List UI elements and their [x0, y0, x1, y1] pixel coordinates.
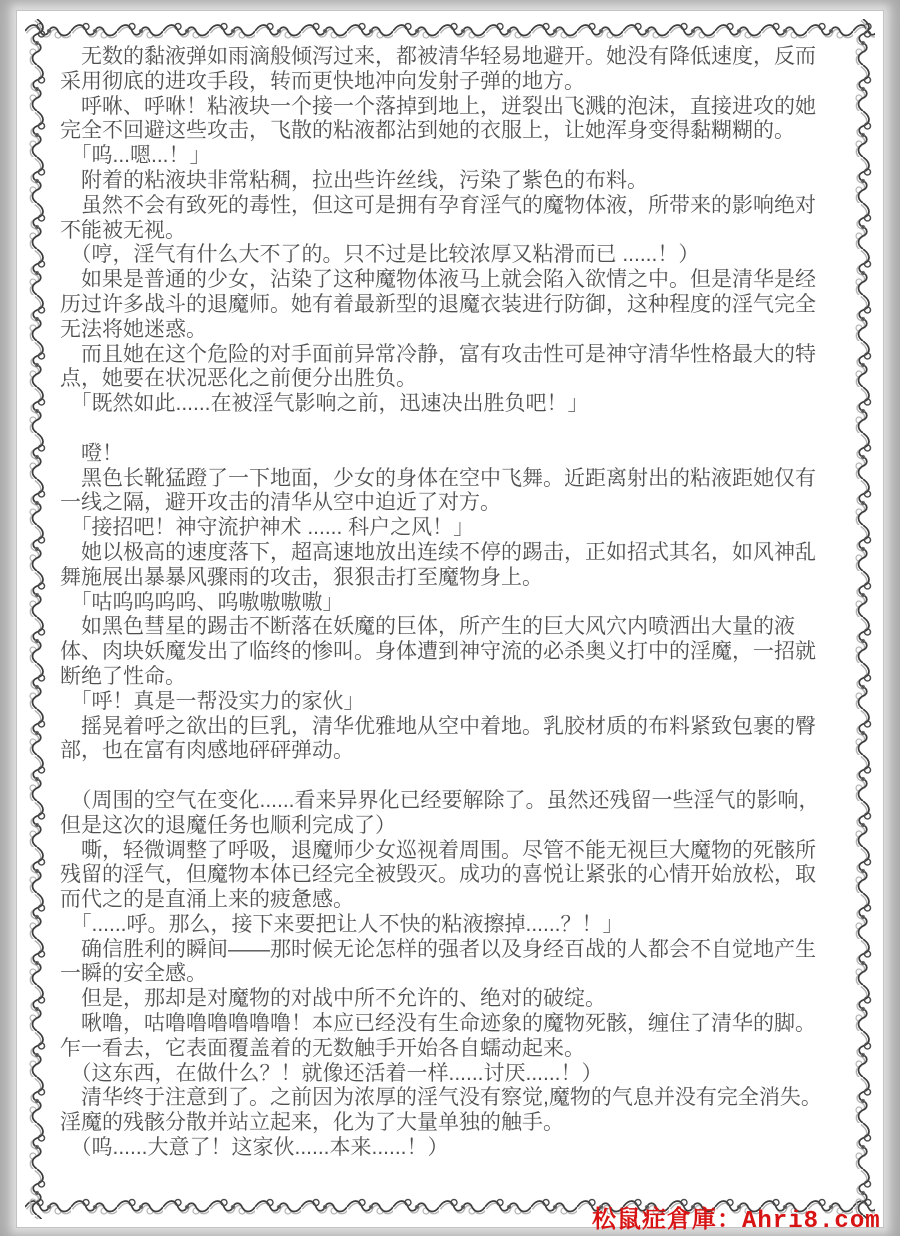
text-line: 附着的粘液块非常粘稠，拉出些许丝线，污染了紫色的布料。 — [60, 169, 852, 194]
story-text: 无数的黏液弹如雨滴般倾泻过来，都被清华轻易地避开。她没有降低速度，反而 采用彻底… — [60, 45, 852, 1161]
text-line: 清华终于注意到了。之前因为浓厚的淫气没有察觉,魔物的气息并没有完全消失。 — [60, 1086, 852, 1111]
text-line: 乍一看去，它表面覆盖着的无数触手开始各自蠕动起来。 — [60, 1037, 852, 1062]
text-line: 不能被无视。 — [60, 219, 852, 244]
text-line: 「既然如此......在被淫气影响之前，迅速决出胜负吧！」 — [60, 392, 852, 417]
text-line: 「接招吧！神守流护神术 ...... 科户之风！」 — [60, 516, 852, 541]
text-line: 呼咻、呼咻！粘液块一个接一个落掉到地上，迸裂出飞溅的泡沫，直接进攻的她 — [60, 95, 852, 120]
text-line: 一线之隔，避开攻击的清华从空中迫近了对方。 — [60, 491, 852, 516]
text-line: 残留的淫气，但魔物本体已经完全被毁灭。成功的喜悦让紧张的心情开始放松，取 — [60, 863, 852, 888]
text-line: （呜......大意了！这家伙......本来......！） — [60, 1136, 852, 1161]
filigree-border-top — [25, 20, 875, 42]
filigree-border-left — [26, 19, 48, 1219]
text-line: （周围的空气在变化......看来异界化已经要解除了。虽然还残留一些淫气的影响， — [60, 789, 852, 814]
text-line: （哼，淫气有什么大不了的。只不过是比较浓厚又粘滑而已 ......！） — [60, 243, 852, 268]
text-line — [60, 764, 852, 789]
text-line: 采用彻底的进攻手段，转而更快地冲向发射子弹的地方。 — [60, 70, 852, 95]
text-line: 「咕呜呜呜呜、呜嗷嗷嗷嗷」 — [60, 591, 852, 616]
text-line: 而且她在这个危险的对手面前异常冷静，富有攻击性可是神守清华性格最大的特 — [60, 343, 852, 368]
text-line: 舞施展出暴暴风骤雨的攻击，狠狠击打至魔物身上。 — [60, 566, 852, 591]
text-line: 断绝了性命。 — [60, 665, 852, 690]
text-line: 无数的黏液弹如雨滴般倾泻过来，都被清华轻易地避开。她没有降低速度，反而 — [60, 45, 852, 70]
text-line — [60, 417, 852, 442]
text-line: 噔！ — [60, 442, 852, 467]
text-line: 黑色长靴猛蹬了一下地面，少女的身体在空中飞舞。近距离射出的粘液距她仅有 — [60, 467, 852, 492]
text-line: 体、肉块妖魔发出了临终的惨叫。身体遭到神守流的必杀奥义打中的淫魔，一招就 — [60, 640, 852, 665]
filigree-border-right — [852, 19, 874, 1219]
text-line: 但是，那却是对魔物的对战中所不允许的、绝对的破绽。 — [60, 987, 852, 1012]
text-line: 一瞬的安全感。 — [60, 962, 852, 987]
text-line: 历过许多战斗的退魔师。她有着最新型的退魔衣装进行防御，这种程度的淫气完全 — [60, 293, 852, 318]
text-line: 「呜...嗯...！」 — [60, 144, 852, 169]
text-line: 而代之的是直涌上来的疲惫感。 — [60, 888, 852, 913]
text-line: 「......呼。那么，接下来要把让人不快的粘液擦掉......？！」 — [60, 913, 852, 938]
text-line: （这东西，在做什么？！就像还活着一样......讨厌......！） — [60, 1062, 852, 1087]
text-line: 淫魔的残骸分散并站立起来，化为了大量单独的触手。 — [60, 1111, 852, 1136]
text-line: 如果是普通的少女，沾染了这种魔物体液马上就会陷入欲情之中。但是清华是经 — [60, 268, 852, 293]
text-line: 但是这次的退魔任务也顺利完成了） — [60, 814, 852, 839]
text-line: 啾噜，咕噜噜噜噜噜噜！本应已经没有生命迹象的魔物死骸，缠住了清华的脚。 — [60, 1012, 852, 1037]
text-line: 无法将她迷惑。 — [60, 318, 852, 343]
text-line: 「呼！真是一帮没实力的家伙」 — [60, 690, 852, 715]
text-line: 部，也在富有肉感地砰砰弹动。 — [60, 739, 852, 764]
text-line: 摇晃着呼之欲出的巨乳，清华优雅地从空中着地。乳胶材质的布料紧致包裹的臀 — [60, 715, 852, 740]
text-line: 虽然不会有致死的毒性，但这可是拥有孕育淫气的魔物体液，所带来的影响绝对 — [60, 194, 852, 219]
novel-page: 无数的黏液弹如雨滴般倾泻过来，都被清华轻易地避开。她没有降低速度，反而 采用彻底… — [16, 10, 884, 1228]
text-line: 确信胜利的瞬间——那时候无论怎样的强者以及身经百战的人都会不自觉地产生 — [60, 938, 852, 963]
text-line: 嘶，轻微调整了呼吸，退魔师少女巡视着周围。尽管不能无视巨大魔物的死骸所 — [60, 839, 852, 864]
text-line: 她以极高的速度落下，超高速地放出连续不停的踢击，正如招式其名，如风神乱 — [60, 541, 852, 566]
text-line: 如黑色彗星的踢击不断落在妖魔的巨体，所产生的巨大风穴内喷洒出大量的液 — [60, 615, 852, 640]
text-line: 点，她要在状况恶化之前便分出胜负。 — [60, 367, 852, 392]
text-line: 完全不回避这些攻击，飞散的粘液都沾到她的衣服上，让她浑身变得黏糊糊的。 — [60, 119, 852, 144]
site-watermark: 松鼠症倉庫：Ahri8.com — [592, 1199, 881, 1235]
